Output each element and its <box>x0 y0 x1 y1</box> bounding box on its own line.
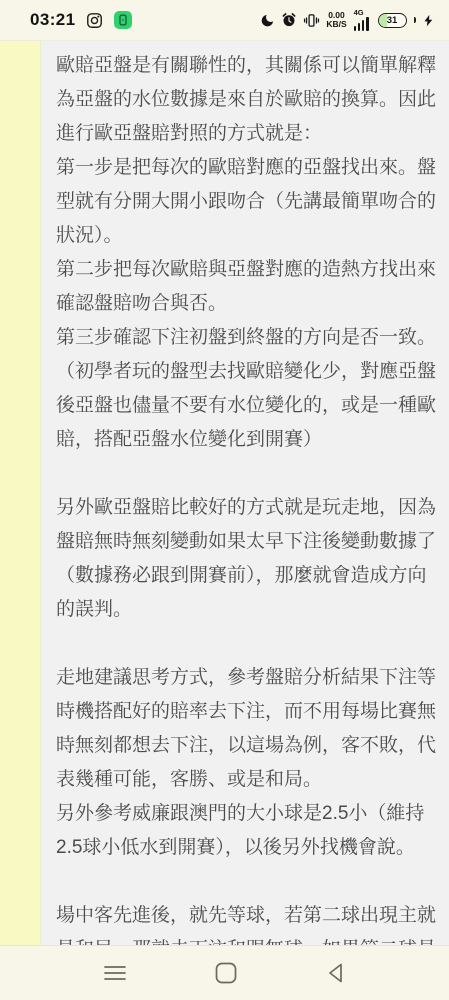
paragraph <box>56 865 438 899</box>
paragraph: 走地建議思考方式，參考盤賠分析結果下注等時機搭配好的賠率去下注，而不用每場比賽無… <box>56 661 438 797</box>
alarm-clock-icon <box>281 12 297 28</box>
battery-percent: 31 <box>387 15 398 26</box>
instagram-notification-icon <box>86 12 103 29</box>
menu-button[interactable] <box>100 960 130 986</box>
paragraph: 第三步確認下注初盤到終盤的方向是否一致。 <box>56 321 438 355</box>
network-speed-unit: KB/S <box>326 20 346 29</box>
left-margin-strip <box>0 41 41 945</box>
status-bar-left: 03:21 <box>30 10 132 30</box>
battery-nub <box>414 17 417 23</box>
charging-bolt-icon <box>422 13 435 28</box>
status-bar-right: 0.00 KB/S 4G 31 <box>260 9 435 32</box>
main-area: 歐賠亞盤是有關聯性的，其關係可以簡單解釋為亞盤的水位數據是來自於歐賠的換算。因此… <box>0 40 449 946</box>
paragraph <box>56 457 438 491</box>
paragraph: 另外參考威廉跟澳門的大小球是2.5小（維持2.5球小低水到開賽），以後另外找機會… <box>56 797 438 865</box>
paragraph: 場中客先進後，就先等球，若第二球出現主就是和局，那就去下注和跟無球。如果第二球是 <box>56 899 438 945</box>
paragraph: 第一步是把每次的歐賠對應的亞盤找出來。盤型就有分開大開小跟吻合（先講最簡單吻合的… <box>56 151 438 253</box>
signal-strength-icon: 4G <box>354 9 369 32</box>
paragraph: 第二步把每次歐賠與亞盤對應的造熱方找出來確認盤賠吻合與否。 <box>56 253 438 321</box>
paragraph: 歐賠亞盤是有關聯性的，其關係可以簡單解釋為亞盤的水位數據是來自於歐賠的換算。因此… <box>56 49 438 151</box>
home-button[interactable] <box>212 959 240 987</box>
signal-bars <box>354 17 369 31</box>
moon-icon <box>260 13 275 28</box>
paragraph: （初學者玩的盤型去找歐賠變化少，對應亞盤後亞盤也儘量不要有水位變化的，或是一種歐… <box>56 355 438 457</box>
android-nav-bar <box>0 946 449 1000</box>
note-text-content[interactable]: 歐賠亞盤是有關聯性的，其關係可以簡單解釋為亞盤的水位數據是來自於歐賠的換算。因此… <box>41 41 449 945</box>
clock-time: 03:21 <box>30 10 75 30</box>
battery-fill <box>379 14 387 27</box>
phone-screen: 03:21 <box>0 0 449 1000</box>
status-bar: 03:21 <box>0 0 449 40</box>
paragraph <box>56 627 438 661</box>
network-speed: 0.00 KB/S <box>326 11 346 29</box>
vibrate-icon <box>303 12 320 29</box>
back-button[interactable] <box>322 959 350 987</box>
green-app-notification-icon <box>114 11 132 29</box>
network-type-label: 4G <box>354 9 364 17</box>
paragraph: 另外歐亞盤賠比較好的方式就是玩走地，因為盤賠無時無刻變動如果太早下注後變動數據了… <box>56 491 438 627</box>
battery-icon: 31 <box>378 13 407 28</box>
